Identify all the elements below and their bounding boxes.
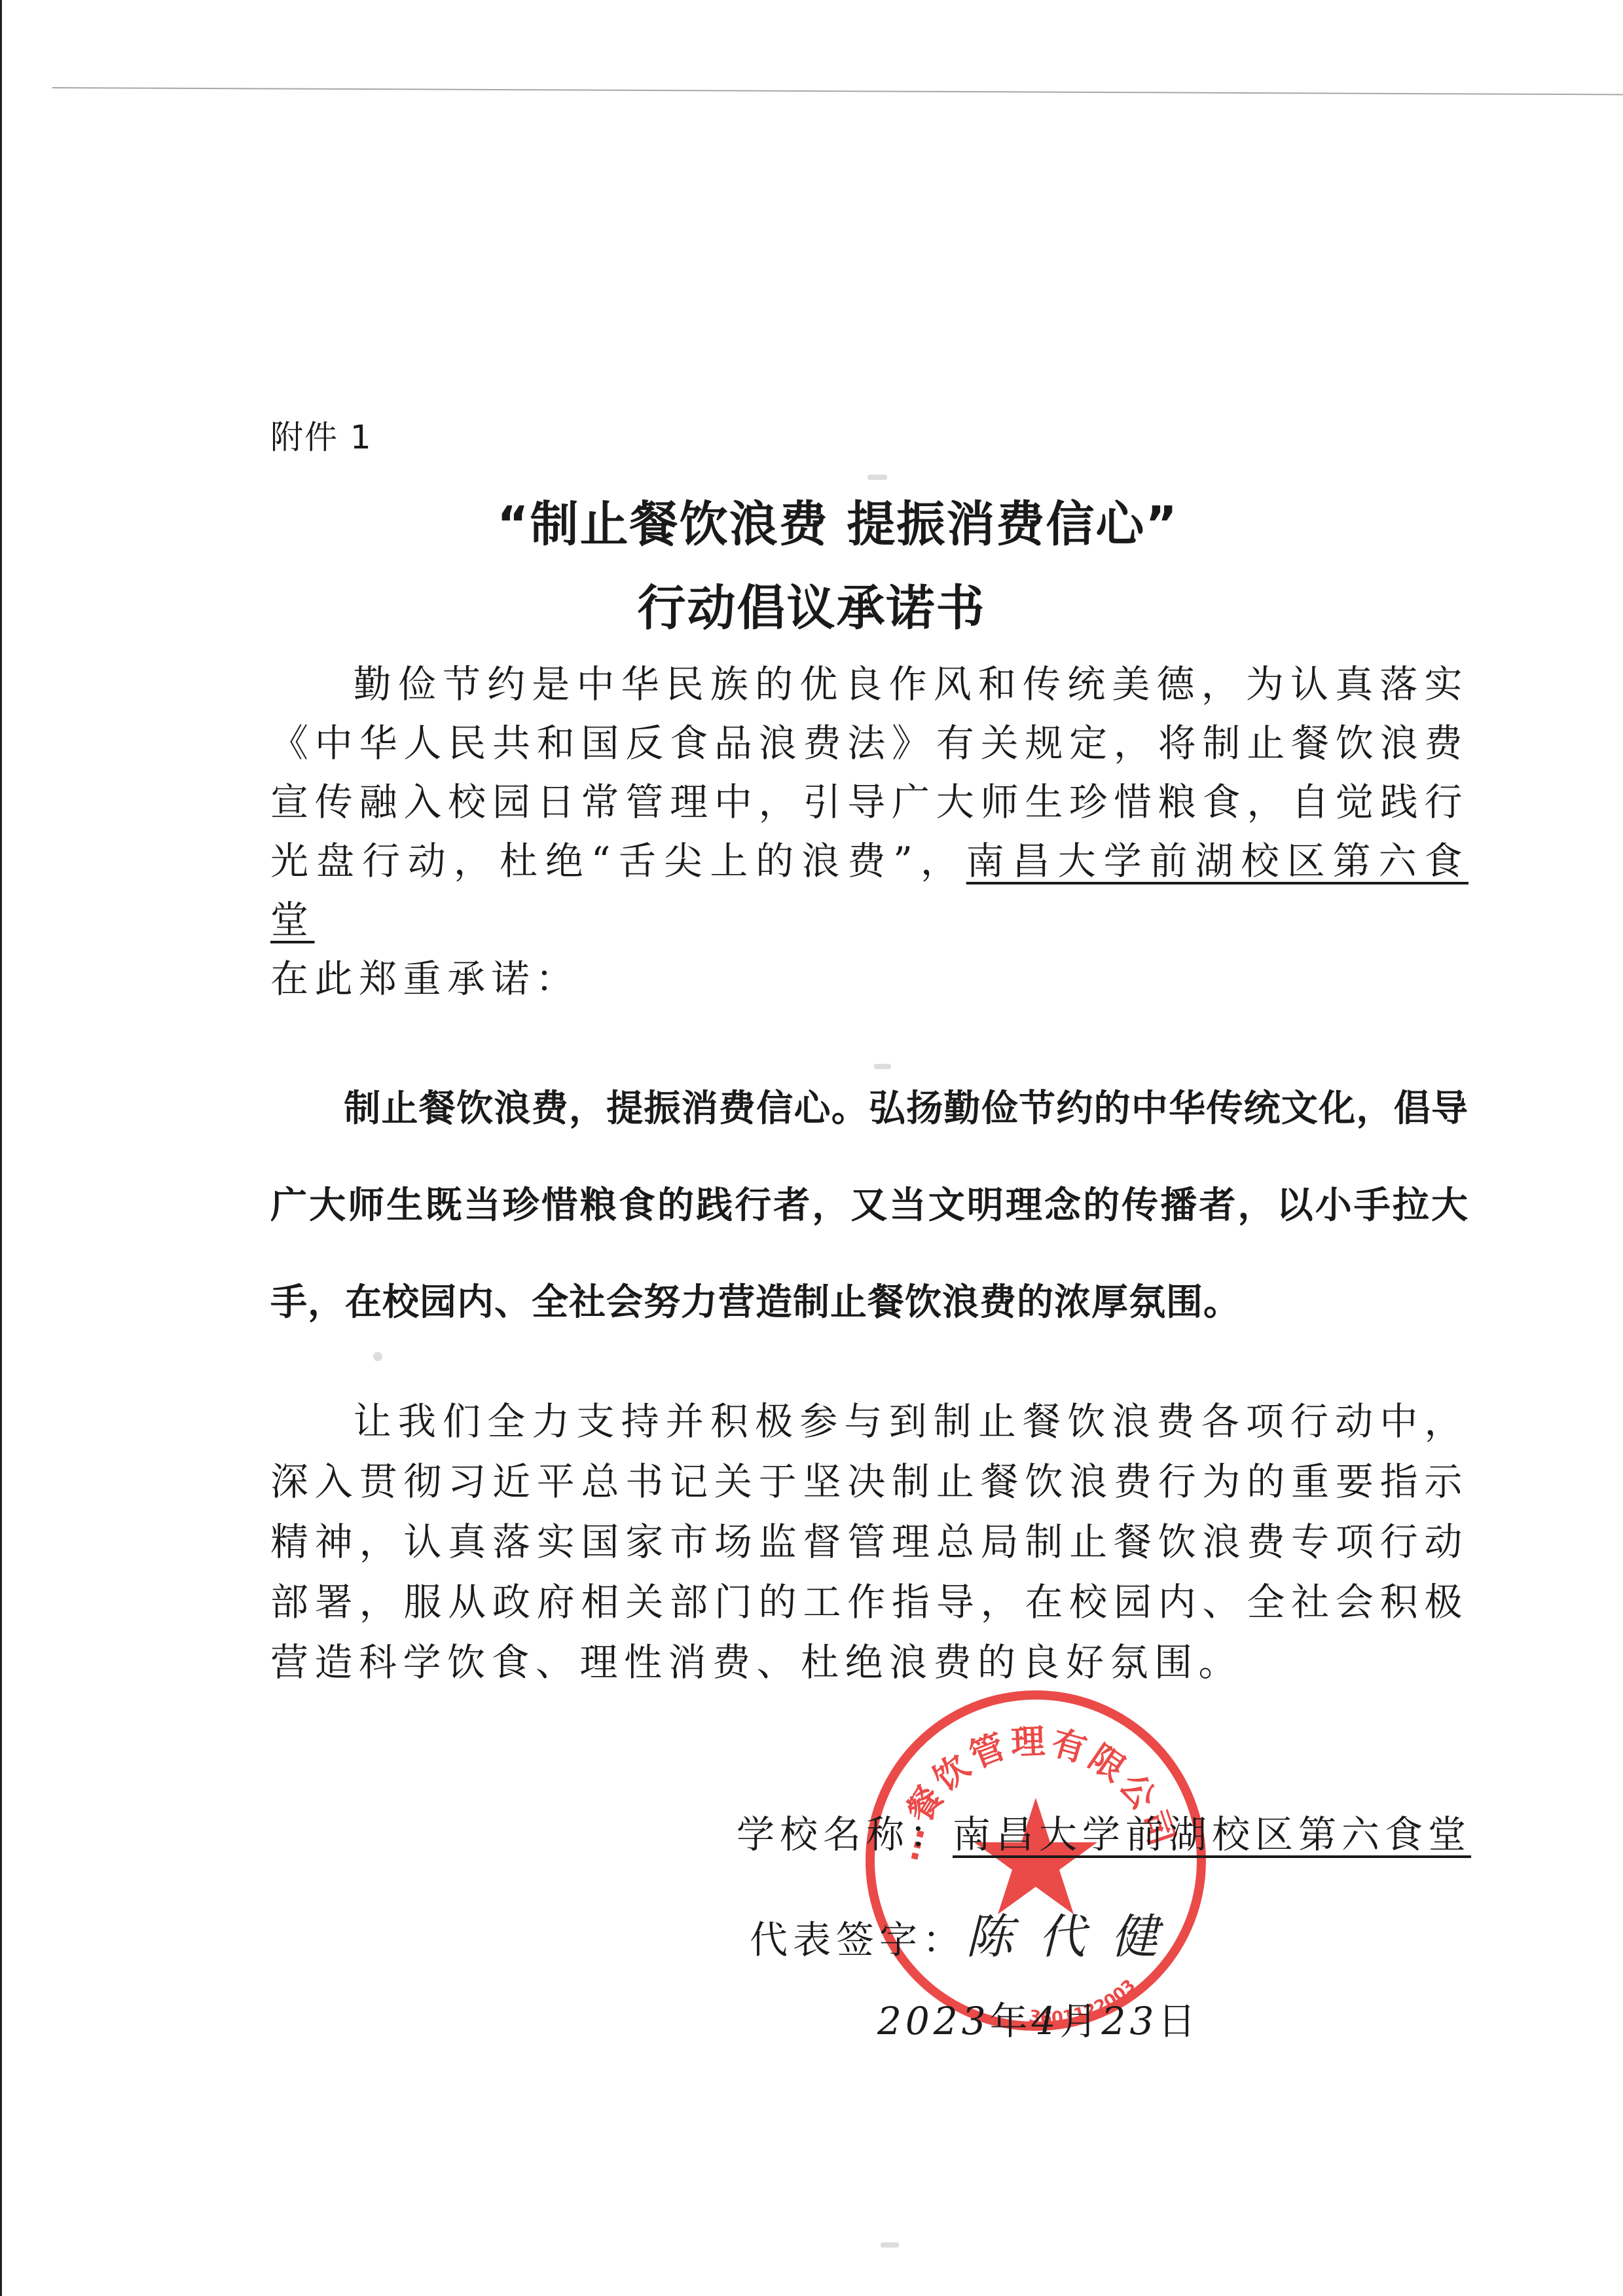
support-text: 让我们全力支持并积极参与到制止餐饮浪费各项行动中，深入贯彻习近平总书记关于坚决制…	[270, 1399, 1468, 1685]
signing-date: 2023年4月23日	[877, 1990, 1199, 2045]
company-seal: …餐饮管理有限公司 3601122003	[866, 1690, 1206, 2031]
date-day: 23	[1102, 1999, 1158, 2043]
school-label: 学校名称：	[737, 1812, 953, 1857]
scan-artifact	[373, 1352, 382, 1361]
date-year: 2023	[877, 1999, 990, 2043]
pledge-text: 制止餐饮浪费，提振消费信心。弘扬勤俭节约的中华传统文化，倡导广大师生既当珍惜粮食…	[270, 1087, 1468, 1324]
date-month: 4	[1032, 1999, 1060, 2043]
scan-left-edge	[0, 0, 2, 2296]
intro-tail: 在此郑重承诺：	[270, 957, 580, 1001]
seal-star-icon: …餐饮管理有限公司 3601122003	[875, 1700, 1197, 2022]
scan-artifact	[874, 1064, 891, 1069]
paragraph-support: 让我们全力支持并积极参与到制止餐饮浪费各项行动中，深入贯彻习近平总书记关于坚决制…	[270, 1391, 1468, 1692]
paragraph-intro: 勤俭节约是中华民族的优良作风和传统美德，为认真落实《中华人民共和国反食品浪费法》…	[270, 655, 1468, 1008]
title-line-1: “制止餐饮浪费 提振消费信心”	[26, 486, 1623, 555]
attachment-label: 附件 1	[270, 411, 373, 458]
title-line-2: 行动倡议承诺书	[0, 570, 1623, 639]
school-name: 南昌大学前湖校区第六食堂	[953, 1812, 1471, 1857]
scan-artifact	[867, 475, 887, 480]
scan-artifact	[881, 2242, 899, 2248]
rep-label: 代表签字：	[750, 1918, 966, 1962]
school-name-line: 学校名称：南昌大学前湖校区第六食堂	[737, 1804, 1471, 1859]
representative-line: 代表签字：陈 代 健	[750, 1899, 1163, 1967]
rep-signature: 陈 代 健	[966, 1909, 1163, 1964]
paragraph-pledge: 制止餐饮浪费，提振消费信心。弘扬勤俭节约的中华传统文化，倡导广大师生既当珍惜粮食…	[270, 1061, 1468, 1351]
scan-top-edge	[52, 87, 1623, 96]
